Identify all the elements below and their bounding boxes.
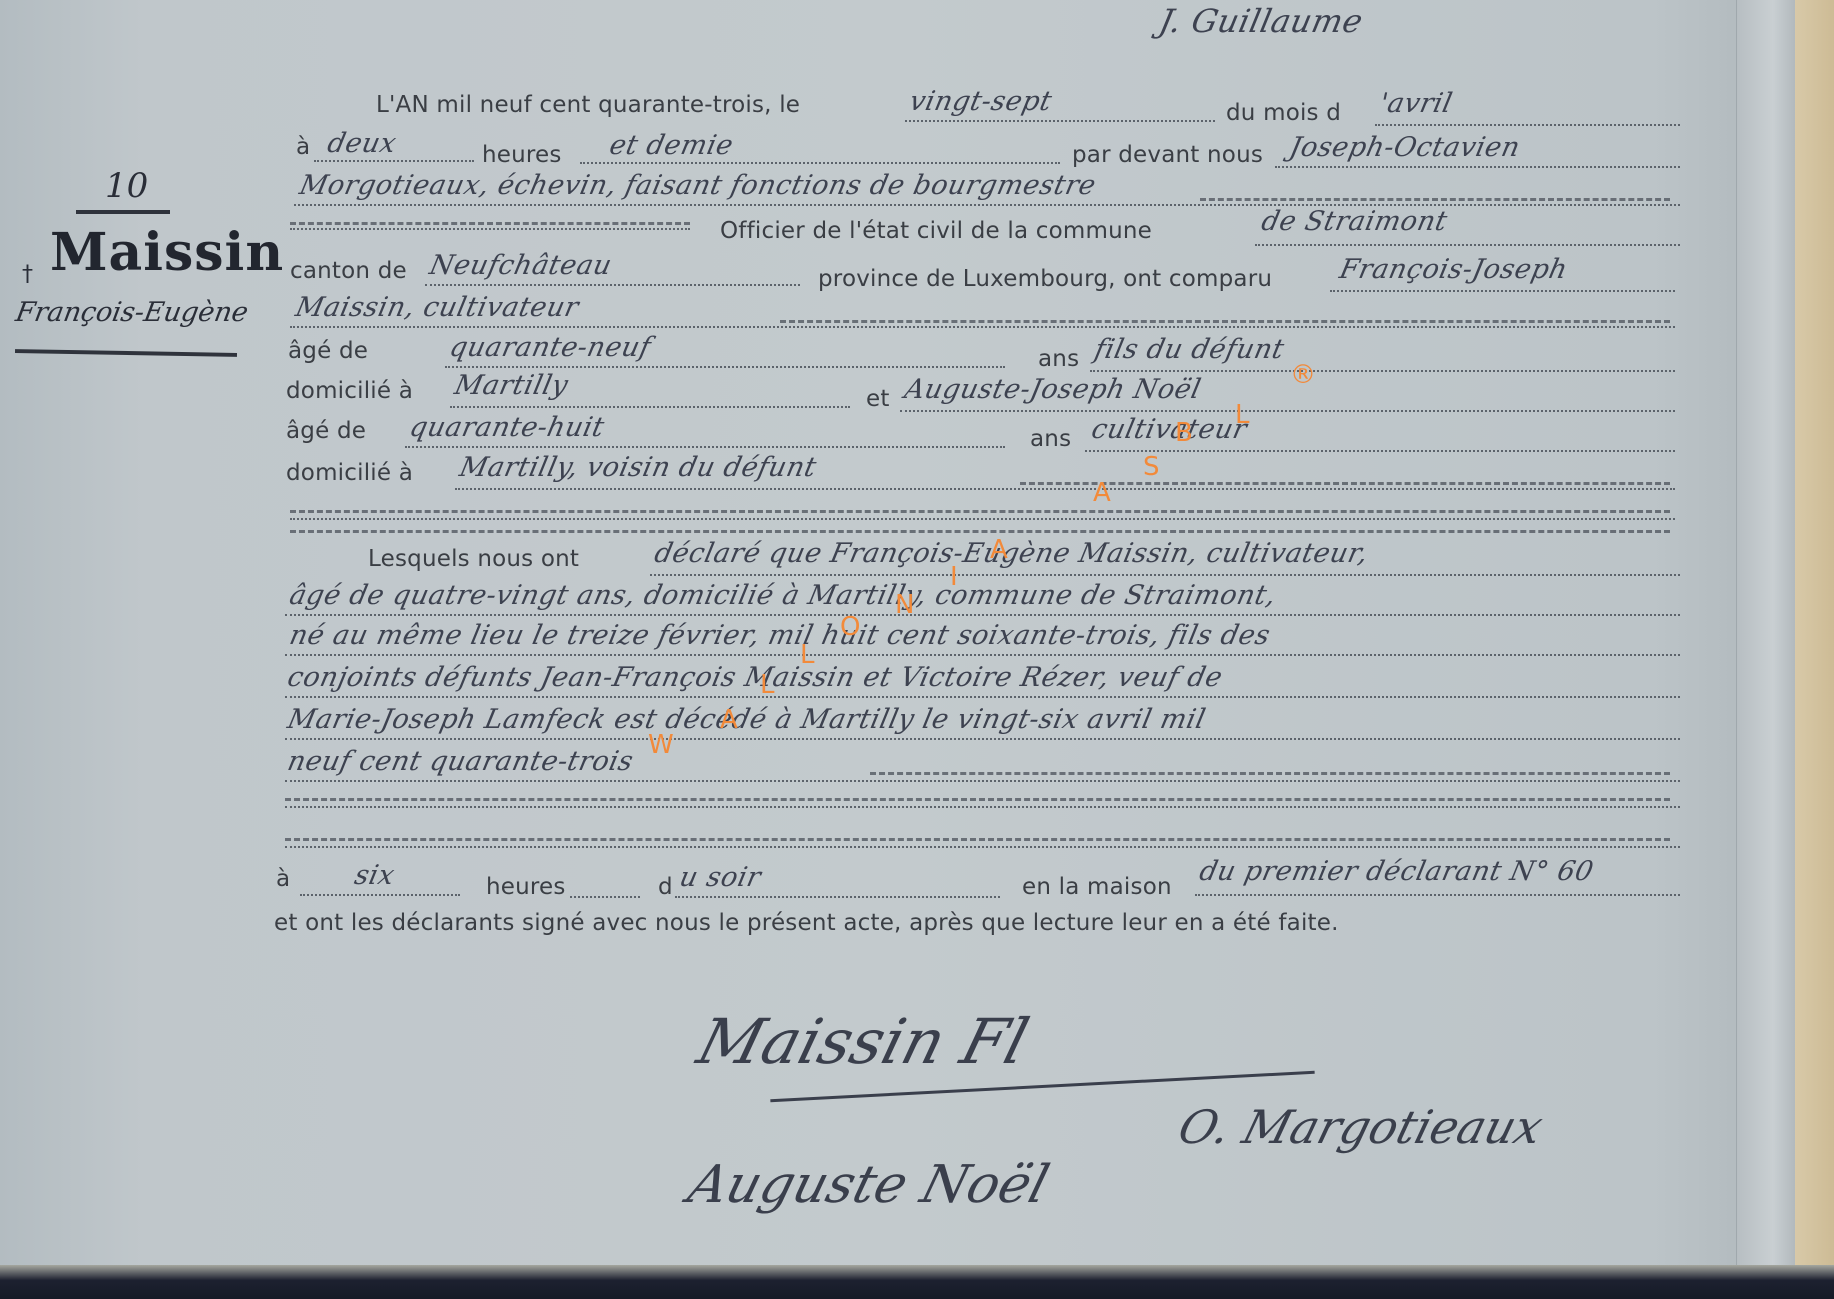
watermark-letter: L	[760, 670, 775, 700]
hand-declarant1-surname: Maissin, cultivateur	[293, 292, 582, 323]
watermark-letter: A	[990, 535, 1008, 565]
field-line	[285, 696, 1680, 698]
watermark-letter: S	[1143, 452, 1160, 482]
field-line	[1330, 290, 1675, 292]
hand-declarant1-age: quarante-neuf	[447, 332, 654, 363]
field-line	[1375, 124, 1680, 126]
field-line	[905, 120, 1215, 122]
field-line	[1090, 370, 1675, 372]
printed-heures: heures	[482, 142, 562, 168]
field-line	[290, 518, 1675, 520]
fill-dashes	[290, 530, 1670, 533]
field-line	[675, 896, 1000, 898]
hand-hour: deux	[325, 128, 399, 159]
watermark-letter: I	[950, 562, 958, 592]
hand-declaration-2: âgé de quatre-vingt ans, domicilié à Mar…	[287, 580, 1279, 611]
field-line	[1255, 244, 1680, 246]
hand-declaration-1: déclaré que François-Eugène Maissin, cul…	[652, 538, 1371, 569]
field-line	[314, 160, 474, 162]
printed-en-la-maison: en la maison	[1022, 874, 1172, 900]
watermark-letter: O	[840, 612, 860, 642]
hand-declaration-3: né au même lieu le treize février, mil h…	[287, 620, 1273, 651]
register-page: J. Guillaume 10 Maissin † François-Eugèn…	[0, 0, 1795, 1299]
field-line	[290, 326, 1675, 328]
hand-declarant2-name: Auguste-Joseph Noël	[902, 374, 1204, 405]
watermark-letter: B	[1175, 418, 1193, 448]
hand-official-name: Joseph-Octavien	[1287, 132, 1523, 163]
signature-declarant1: Maissin Fl	[690, 1005, 1036, 1078]
signature-officer: O. Margotieaux	[1173, 1100, 1549, 1154]
hand-death-hour: six	[352, 860, 398, 891]
watermark-registered-icon: ®	[1290, 360, 1316, 390]
hand-declarant2-age: quarante-huit	[407, 412, 607, 443]
field-line	[580, 162, 1060, 164]
printed-closing: et ont les déclarants signé avec nous le…	[274, 910, 1339, 936]
printed-canton: canton de	[290, 258, 407, 284]
fill-dashes	[1020, 482, 1670, 485]
printed-par-devant: par devant nous	[1072, 142, 1263, 168]
field-line	[445, 366, 1005, 368]
watermark-letter: L	[1235, 400, 1250, 430]
field-line	[285, 738, 1680, 740]
printed-d: d	[658, 874, 673, 900]
hand-declaration-4: conjoints défunts Jean-François Maissin …	[285, 662, 1226, 693]
field-line	[570, 896, 640, 898]
hand-declarant1-place: Martilly	[452, 370, 571, 401]
hand-house: du premier déclarant N° 60	[1197, 856, 1597, 887]
watermark-letter: A	[720, 705, 738, 735]
field-line	[1085, 450, 1675, 452]
fill-dashes	[290, 222, 690, 225]
entry-number-underline	[76, 210, 170, 214]
printed-ans: ans	[1038, 346, 1079, 372]
fill-dashes	[870, 772, 1670, 775]
entry-number: 10	[105, 166, 148, 206]
printed-lesquels: Lesquels nous ont	[368, 546, 579, 572]
signature-declarant2: Auguste Noël	[682, 1155, 1055, 1215]
field-line	[294, 204, 1680, 206]
book-cover-edge	[1795, 0, 1834, 1299]
hand-time-of-day: u soir	[677, 862, 764, 893]
field-line	[1275, 166, 1680, 168]
fill-dashes	[1200, 198, 1670, 201]
hand-official-title: Morgotieaux, échevin, faisant fonctions …	[297, 170, 1099, 201]
hand-declaration-6: neuf cent quarante-trois	[285, 746, 636, 777]
field-line	[650, 574, 1680, 576]
field-line	[300, 894, 460, 896]
field-line	[405, 446, 1005, 448]
top-annotation: J. Guillaume	[1156, 2, 1367, 40]
fill-dashes	[290, 510, 1670, 513]
margin-surname: Maissin	[50, 222, 284, 283]
margin-underline	[15, 349, 237, 357]
field-line	[285, 780, 1680, 782]
hand-day: vingt-sept	[907, 86, 1055, 117]
field-line	[900, 410, 1675, 412]
field-line	[285, 806, 1680, 808]
watermark-letter: L	[800, 640, 815, 670]
printed-a-2: à	[276, 866, 290, 892]
printed-a: à	[296, 134, 310, 160]
death-cross-icon: †	[22, 262, 33, 287]
field-line	[285, 846, 1680, 848]
hand-declarant2-occupation: cultivateur	[1089, 414, 1250, 445]
printed-ans-2: ans	[1030, 426, 1071, 452]
printed-domicile-label: domicilié à	[286, 378, 413, 404]
field-line	[455, 488, 1675, 490]
printed-age-label-2: âgé de	[286, 418, 366, 444]
printed-officer: Officier de l'état civil de la commune	[720, 218, 1152, 244]
field-line	[285, 614, 1680, 616]
hand-month: 'avril	[1377, 88, 1456, 119]
hand-relationship: fils du défunt	[1092, 334, 1287, 365]
fill-dashes	[780, 320, 1670, 323]
printed-age-label: âgé de	[288, 338, 368, 364]
hand-canton: Neufchâteau	[427, 250, 615, 281]
page-stack-edge	[1736, 0, 1797, 1299]
hand-declaration-5: Marie-Joseph Lamfeck est décédé à Martil…	[285, 704, 1209, 735]
hand-commune: de Straimont	[1259, 206, 1451, 237]
field-line	[285, 654, 1680, 656]
hand-declarant2-place: Martilly, voisin du défunt	[457, 452, 820, 483]
hand-declarant1-given: François-Joseph	[1337, 254, 1571, 285]
watermark-letter: A	[1093, 478, 1111, 508]
margin-given-names: François-Eugène	[13, 297, 250, 328]
field-line	[1195, 894, 1680, 896]
fill-dashes	[285, 838, 1670, 841]
hand-half: et demie	[607, 130, 736, 161]
fill-dashes	[285, 798, 1670, 801]
printed-province: province de Luxembourg, ont comparu	[818, 266, 1272, 292]
printed-heures-2: heures	[486, 874, 566, 900]
field-line	[425, 284, 800, 286]
printed-month-label: du mois d	[1226, 100, 1341, 126]
watermark-letter: W	[648, 730, 674, 760]
printed-year: L'AN mil neuf cent quarante-trois, le	[376, 92, 800, 118]
printed-et: et	[866, 386, 890, 412]
field-line	[450, 406, 850, 408]
book-binding	[0, 1265, 1834, 1299]
printed-domicile-label-2: domicilié à	[286, 460, 413, 486]
field-line	[290, 228, 690, 230]
watermark-letter: N	[895, 590, 914, 620]
